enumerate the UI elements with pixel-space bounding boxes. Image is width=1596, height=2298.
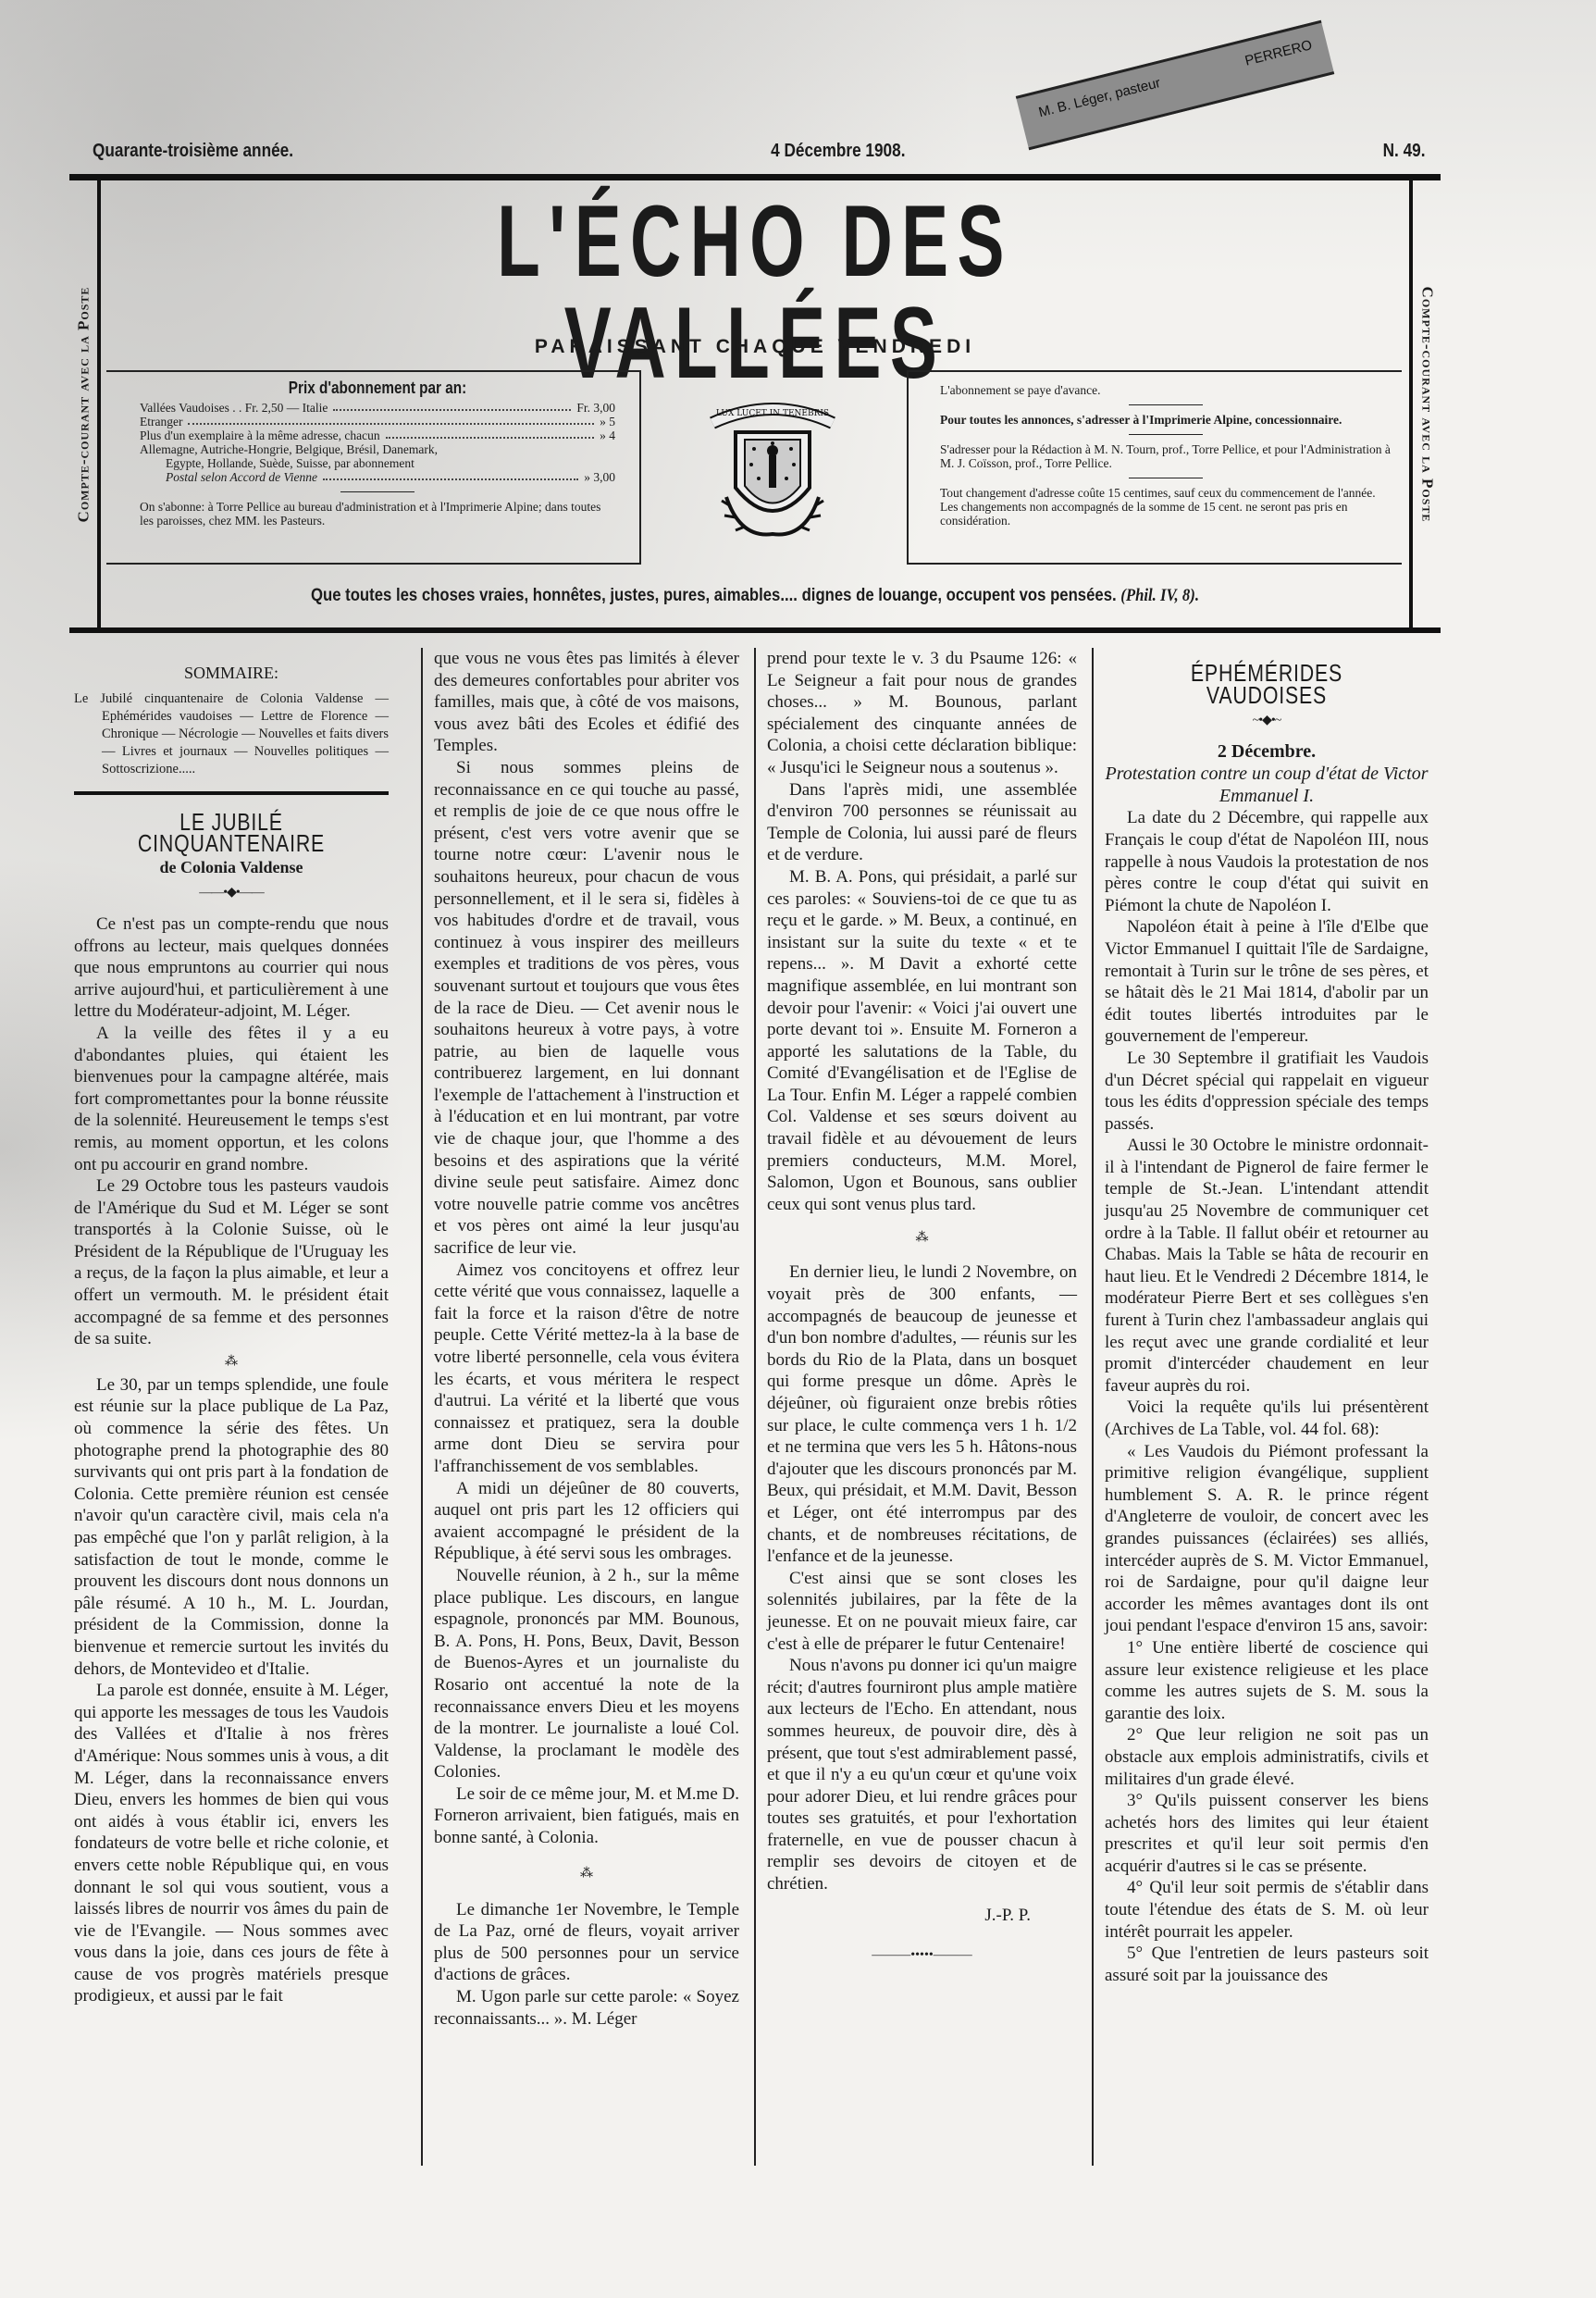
section-divider — [74, 791, 389, 795]
paragraph: « Les Vaudois du Piémont professant la p… — [1105, 1441, 1429, 1637]
sommaire-body: Le Jubilé cinquantenaire de Colonia Vald… — [74, 690, 389, 778]
paragraph: En dernier lieu, le lundi 2 Novembre, on… — [767, 1261, 1077, 1567]
paragraph: La date du 2 Décembre, qui rappelle aux … — [1105, 807, 1429, 916]
price-value: Fr. 3,00 — [576, 401, 615, 415]
sommaire-title: SOMMAIRE: — [74, 663, 389, 685]
countries-line: Egypte, Hollande, Suède, Suisse, par abo… — [140, 456, 615, 470]
year-label: Quarante-troisième année. — [93, 141, 293, 162]
paragraph: Le soir de ce même jour, M. et M.me D. F… — [434, 1783, 739, 1849]
article-title: ÉPHÉMÉRIDES VAUDOISES — [1134, 663, 1400, 706]
paragraph: 4° Qu'il leur soit permis de s'établir d… — [1105, 1877, 1429, 1943]
column-2: que vous ne vous êtes pas limités à élev… — [421, 648, 739, 2166]
paragraph: A midi un déjeûner de 80 couverts, auque… — [434, 1478, 739, 1565]
price-row: Postal selon Accord de Vienne » 3,00 — [140, 470, 615, 484]
paragraph: Nouvelle réunion, à 2 h., sur la même pl… — [434, 1565, 739, 1783]
notice-redaction: S'adresser pour la Rédaction à M. N. Tou… — [940, 442, 1391, 470]
paragraph: Si nous sommes pleins de reconnaissance … — [434, 757, 739, 1260]
asterism-icon: ⁂ — [74, 1356, 389, 1369]
ephemeris-subtitle: Protestation contre un coup d'état de Vi… — [1105, 763, 1429, 807]
asterism-icon: ⁂ — [767, 1232, 1077, 1245]
address-label-place: PERRERO — [1243, 37, 1319, 92]
issue-date: 4 Décembre 1908. — [771, 141, 905, 162]
paragraph: Nous n'avons pu donner ici qu'un maigre … — [767, 1655, 1077, 1895]
paragraph: C'est ainsi que se sont closes les solen… — [767, 1568, 1077, 1655]
paragraph: La parole est donnée, ensuite à M. Léger… — [74, 1680, 389, 2007]
paragraph: 5° Que l'entretien de leurs pasteurs soi… — [1105, 1943, 1429, 1986]
article-columns: SOMMAIRE: Le Jubilé cinquantenaire de Co… — [69, 648, 1441, 2166]
paragraph: M. B. A. Pons, qui présidait, a parlé su… — [767, 866, 1077, 1216]
price-row: Vallées Vaudoises . . Fr. 2,50 — Italie … — [140, 401, 615, 415]
subscription-heading: Prix d'abonnement par an: — [176, 381, 580, 395]
crest-emblem-icon: LUX LUCET IN TENEBRIS — [675, 386, 870, 553]
notice-address-note: Les changements non accompagnés de la so… — [940, 500, 1391, 528]
motto-line: Que toutes les choses vraies, honnêtes, … — [184, 586, 1326, 606]
paragraph: Ce n'est pas un compte-rendu que nous of… — [74, 913, 389, 1023]
asterism-icon: ⁂ — [434, 1868, 739, 1881]
svg-text:LUX LUCET IN TENEBRIS: LUX LUCET IN TENEBRIS — [716, 409, 829, 418]
countries-line: Allemagne, Autriche-Hongrie, Belgique, B… — [140, 442, 615, 456]
article-title: LE JUBILÉ CINQUANTENAIRE — [103, 812, 361, 855]
paragraph: A la veille des fêtes il y a eu d'abonda… — [74, 1023, 389, 1175]
side-band-right: Compte-courant avec la Poste — [1409, 180, 1441, 627]
paragraph: Aussi le 30 Octobre le ministre ordonnai… — [1105, 1135, 1429, 1397]
dot-leader — [386, 429, 595, 439]
flourish-ornament-icon: ~•◆•~ — [1105, 710, 1429, 732]
end-rule-ornament-icon: ———•••••——— — [767, 1944, 1077, 1967]
notices-box: L'abonnement se paye d'avance. Pour tout… — [907, 370, 1402, 565]
dot-leader — [188, 415, 594, 425]
paragraph: que vous ne vous êtes pas limités à élev… — [434, 648, 739, 757]
paragraph: 2° Que leur religion ne soit pas un obst… — [1105, 1724, 1429, 1790]
masthead: Compte-courant avec la Poste Compte-cour… — [69, 174, 1441, 633]
side-text-left: Compte-courant avec la Poste — [74, 286, 93, 522]
divider — [1129, 434, 1203, 435]
newspaper-title: L'ÉCHO DES VALLÉES — [328, 190, 1182, 393]
address-label: M. B. Léger, pasteur PERRERO — [1016, 20, 1334, 150]
price-value: » 3,00 — [584, 470, 615, 484]
notice-ads: Pour toutes les annonces, s'adresser à l… — [940, 413, 1391, 427]
paragraph: Aimez vos concitoyens et offrez leur cet… — [434, 1260, 739, 1478]
side-text-right: Compte-courant avec la Poste — [1417, 286, 1436, 522]
paragraph: 3° Qu'ils puissent conserver les biens a… — [1105, 1790, 1429, 1877]
issue-info-line: Quarante-troisième année. 4 Décembre 190… — [93, 141, 1258, 162]
issue-number: N. 49. — [1383, 141, 1426, 162]
article-subtitle: de Colonia Valdense — [74, 857, 389, 879]
flourish-ornament-icon: ——•◆•—— — [74, 882, 389, 904]
subscription-box: Prix d'abonnement par an: Vallées Vaudoi… — [106, 370, 641, 565]
paragraph: Le 29 Octobre tous les pasteurs vaudois … — [74, 1175, 389, 1350]
divider — [1129, 404, 1203, 405]
column-1: SOMMAIRE: Le Jubilé cinquantenaire de Co… — [74, 648, 389, 2166]
side-band-left: Compte-courant avec la Poste — [69, 180, 101, 627]
column-3: prend pour texte le v. 3 du Psaume 126: … — [754, 648, 1077, 2166]
paragraph: 1° Une entière liberté de coscience qui … — [1105, 1637, 1429, 1724]
price-row: Etranger » 5 — [140, 415, 615, 429]
price-label: Vallées Vaudoises . . Fr. 2,50 — Italie — [140, 401, 328, 415]
price-label: Postal selon Accord de Vienne — [166, 470, 317, 484]
paragraph: Voici la requête qu'ils lui présentèrent… — [1105, 1397, 1429, 1440]
article-signature: J.-P. P. — [767, 1905, 1077, 1927]
price-value: » 4 — [600, 429, 615, 442]
price-value: » 5 — [600, 415, 615, 429]
motto-reference: (Phil. IV, 8). — [1120, 586, 1199, 605]
divider — [1129, 478, 1203, 478]
price-label: Etranger — [140, 415, 182, 429]
column-4: ÉPHÉMÉRIDES VAUDOISES ~•◆•~ 2 Décembre. … — [1092, 648, 1429, 2166]
notice-address-change: Tout changement d'adresse coûte 15 centi… — [940, 486, 1391, 500]
divider — [340, 491, 414, 492]
newspaper-subtitle: PARAISSANT CHAQUE VENDREDI — [69, 336, 1441, 358]
paragraph: M. Ugon parle sur cette parole: « Soyez … — [434, 1986, 739, 2030]
paragraph: Dans l'après midi, une assemblée d'envir… — [767, 779, 1077, 866]
notice-advance: L'abonnement se paye d'avance. — [940, 383, 1391, 397]
paragraph: Napoléon était à peine à l'île d'Elbe qu… — [1105, 916, 1429, 1048]
ephemeris-date: 2 Décembre. — [1105, 741, 1429, 764]
subscription-where: On s'abonne: à Torre Pellice au bureau d… — [140, 500, 615, 528]
dot-leader — [323, 470, 578, 480]
motto-text: Que toutes les choses vraies, honnêtes, … — [311, 586, 1117, 605]
paragraph: Le 30, par un temps splendide, une foule… — [74, 1374, 389, 1680]
paragraph: Le 30 Septembre il gratifiait les Vaudoi… — [1105, 1048, 1429, 1135]
price-row: Plus d'un exemplaire à la même adresse, … — [140, 429, 615, 442]
price-label: Plus d'un exemplaire à la même adresse, … — [140, 429, 380, 442]
dot-leader — [333, 401, 571, 411]
paragraph: Le dimanche 1er Novembre, le Temple de L… — [434, 1899, 739, 1986]
address-label-name: M. B. Léger, pasteur — [1037, 75, 1168, 143]
paragraph: prend pour texte le v. 3 du Psaume 126: … — [767, 648, 1077, 779]
